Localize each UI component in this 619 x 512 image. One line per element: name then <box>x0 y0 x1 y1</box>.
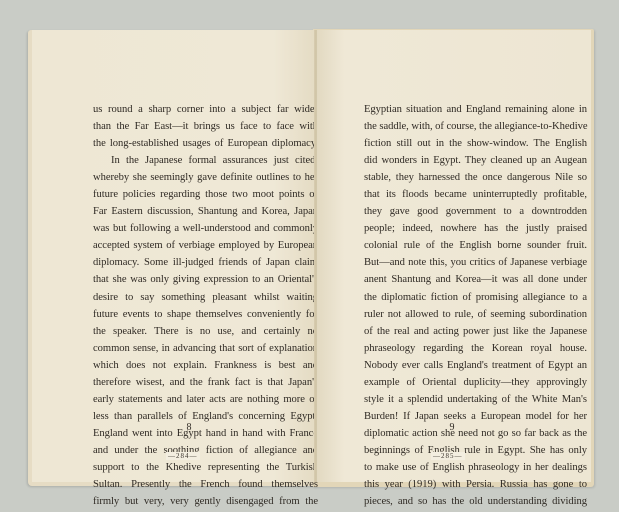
text-line: accepted system of verbiage employed by … <box>93 237 318 254</box>
right-page-text: Egyptian situation and England remaining… <box>364 101 587 510</box>
text-line: anent Shantung and Korea—it was all done… <box>364 271 587 288</box>
text-line: Far Eastern discussion, Shantung and Kor… <box>93 203 318 220</box>
text-line: us round a sharp corner into a subject f… <box>93 101 318 118</box>
text-line: phraseology regarding the Korean royal h… <box>364 340 587 357</box>
text-line: diplomatic action she need not go so far… <box>364 425 587 442</box>
page-number: 9 <box>437 422 467 433</box>
text-line: was but following a well-understood and … <box>93 220 318 237</box>
text-line: support to the Khedive representing the … <box>93 459 318 476</box>
text-line: people; indeed, nowhere has the justly p… <box>364 220 587 237</box>
text-line: diplomacy. Some ill-judged friends of Ja… <box>93 254 318 271</box>
text-line: that she was only giving expression to a… <box>93 271 318 288</box>
folio-tag: —285— <box>431 452 465 460</box>
text-line: future events to shape themselves conven… <box>93 306 318 323</box>
text-line: the diplomatic fiction of promising alle… <box>364 289 587 306</box>
text-line: style it a splendid undertaking of the W… <box>364 391 587 408</box>
open-book: us round a sharp corner into a subject f… <box>28 28 595 488</box>
text-line: than the Far East—it brings us face to f… <box>93 118 318 135</box>
text-line: England went into Egypt hand in hand wit… <box>93 425 318 442</box>
folio-tag: —284— <box>166 452 200 460</box>
text-line: stable, they harnessed the once dangerou… <box>364 169 587 186</box>
text-line: pieces, and so has the old understanding… <box>364 493 587 510</box>
text-line: But—and note this, you critics of Japane… <box>364 254 587 271</box>
text-line: that its floods became uninterruptedly p… <box>364 186 587 203</box>
text-line: colonial rule of the English borne sound… <box>364 237 587 254</box>
text-line: this year (1919) with Persia. Russia has… <box>364 476 587 493</box>
text-line: less than parallels of England's concern… <box>93 408 318 425</box>
text-line: firmly but very, very gently disengaged … <box>93 493 318 510</box>
text-line: whereby she seemingly gave definite outl… <box>93 169 318 186</box>
text-line: Nobody ever calls England's treatment of… <box>364 357 587 374</box>
left-page-text: us round a sharp corner into a subject f… <box>93 101 318 510</box>
text-line: Sultan. Presently the French found thems… <box>93 476 318 493</box>
text-line: future policies regarding those two moot… <box>93 186 318 203</box>
text-line: the saddle, with, of course, the allegia… <box>364 118 587 135</box>
text-line: early statements and later acts are noth… <box>93 391 318 408</box>
text-line: the speaker. There is no use, and certai… <box>93 323 318 340</box>
text-line: they gave good government to a downtrodd… <box>364 203 587 220</box>
text-line: to make use of English phraseology in he… <box>364 459 587 476</box>
text-line: fiction still out in the show-window. Th… <box>364 135 587 152</box>
text-line: example of Oriental duplicity—they appro… <box>364 374 587 391</box>
right-page: Egyptian situation and England remaining… <box>317 30 591 482</box>
text-line: Burden! If Japan seeks a European model … <box>364 408 587 425</box>
left-page: us round a sharp corner into a subject f… <box>32 30 316 482</box>
page-number: 8 <box>174 422 204 433</box>
text-line: desire to say something pleasant whilst … <box>93 289 318 306</box>
text-line: and under the soothing fiction of allegi… <box>93 442 318 459</box>
text-line: of the real and acting power just like t… <box>364 323 587 340</box>
text-line: ruler not allowed to rule, of seeming su… <box>364 306 587 323</box>
text-line: therefore wisest, and the frank fact is … <box>93 374 318 391</box>
text-line: the long-established usages of European … <box>93 135 318 152</box>
text-line: did wonders in Egypt. They cleaned up an… <box>364 152 587 169</box>
text-line: Egyptian situation and England remaining… <box>364 101 587 118</box>
text-line: common sense, in advancing that sort of … <box>93 340 318 357</box>
text-line: beginnings of English rule in Egypt. She… <box>364 442 587 459</box>
text-line: In the Japanese formal assurances just c… <box>93 152 318 169</box>
text-line: which does not explain. Frankness is bes… <box>93 357 318 374</box>
